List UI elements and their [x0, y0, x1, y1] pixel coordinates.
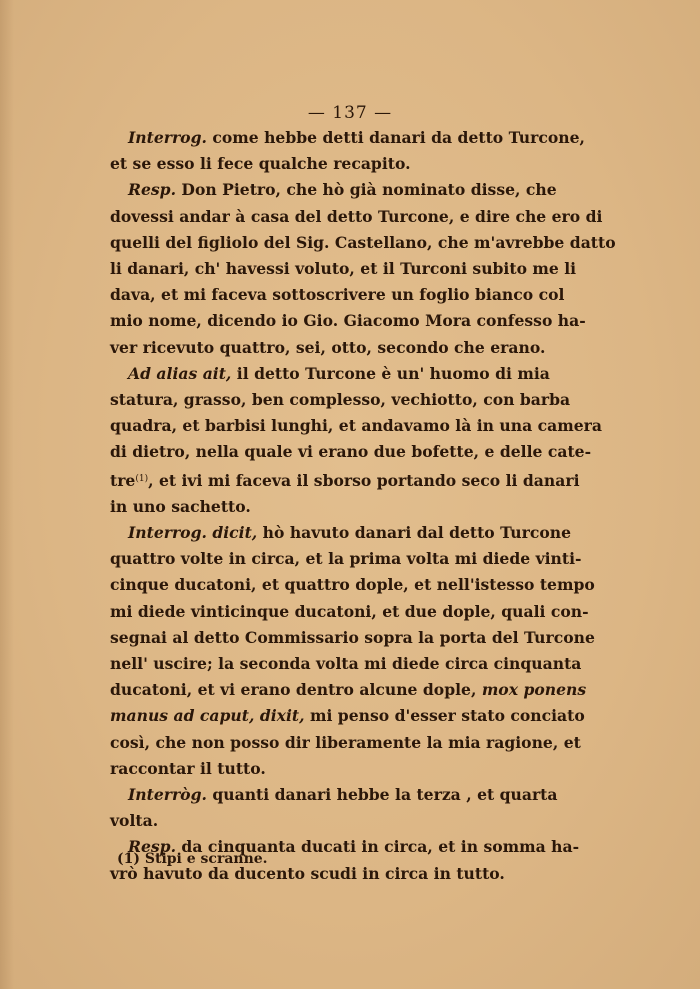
- text-line: Interrog. dicit, hò havuto danari dal de…: [110, 520, 540, 546]
- page-edge-shadow: [0, 0, 14, 989]
- text-line: mio nome, dicendo io Gio. Giacomo Mora c…: [110, 308, 540, 334]
- footnote-reference: (1): [135, 474, 148, 484]
- text-line: di dietro, nella quale vi erano due bofe…: [110, 439, 540, 465]
- footnote: (1) Stipi e scranne.: [117, 851, 268, 867]
- text-line: manus ad caput, dixit, mi penso d'esser …: [110, 703, 540, 729]
- text-line: quattro volte in circa, et la prima volt…: [110, 546, 540, 572]
- text-line: segnai al detto Commissario sopra la por…: [110, 625, 540, 651]
- text-line: così, che non posso dir liberamente la m…: [110, 730, 540, 756]
- footnote-text: Stipi e scranne.: [145, 851, 268, 867]
- text-line: volta.: [110, 808, 540, 834]
- text-line: tre(1), et ivi mi faceva il sborso porta…: [110, 466, 540, 494]
- text-line: et se esso li fece qualche recapito.: [110, 151, 540, 177]
- text-line: in uno sachetto.: [110, 494, 540, 520]
- text-line: statura, grasso, ben complesso, vechiott…: [110, 387, 540, 413]
- text-line: Ad alias ait, il detto Turcone è un' huo…: [110, 361, 540, 387]
- text-line: dava, et mi faceva sottoscrivere un fogl…: [110, 282, 540, 308]
- text-line: Interrog. come hebbe detti danari da det…: [110, 125, 540, 151]
- footnote-marker: (1): [117, 851, 140, 867]
- text-line: Resp. Don Pietro, che hò già nominato di…: [110, 177, 540, 203]
- text-line: ducatoni, et vi erano dentro alcune dopl…: [110, 677, 540, 703]
- text-line: Interròg. quanti danari hebbe la terza ,…: [110, 782, 540, 808]
- text-line: raccontar il tutto.: [110, 756, 540, 782]
- body-text: Interrog. come hebbe detti danari da det…: [110, 125, 540, 887]
- text-line: mi diede vinticinque ducatoni, et due do…: [110, 599, 540, 625]
- text-line: cinque ducatoni, et quattro dople, et ne…: [110, 572, 540, 598]
- page-number: — 137 —: [0, 103, 700, 123]
- text-line: nell' uscire; la seconda volta mi diede …: [110, 651, 540, 677]
- text-line: quadra, et barbisi lunghi, et andavamo l…: [110, 413, 540, 439]
- text-line: ver ricevuto quattro, sei, otto, secondo…: [110, 335, 540, 361]
- text-line: quelli del figliolo del Sig. Castellano,…: [110, 230, 540, 256]
- text-line: dovessi andar à casa del detto Turcone, …: [110, 204, 540, 230]
- text-line: li danari, ch' havessi voluto, et il Tur…: [110, 256, 540, 282]
